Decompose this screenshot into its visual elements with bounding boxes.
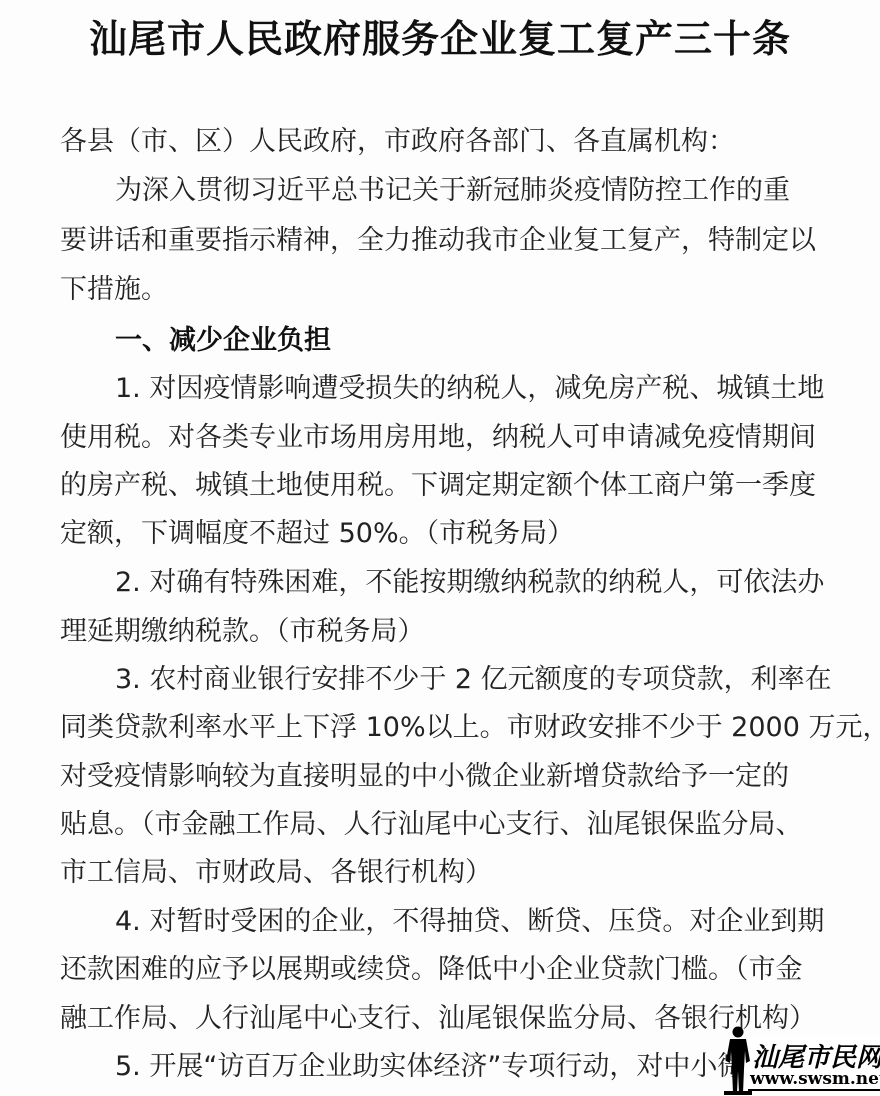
paragraph-line: 融工作局、人行汕尾中心支行、汕尾银保监分局、各银行机构） bbox=[60, 1003, 816, 1035]
document-page: 汕尾市人民政府服务企业复工复产三十条 各县（市、区）人民政府，市政府各部门、各直… bbox=[0, 0, 880, 1096]
site-watermark: 汕尾市民网 www.swsm.net bbox=[718, 1025, 878, 1095]
paragraph-line: 同类贷款利率水平上下浮 10%以上。市财政安排不少于 2000 万元， bbox=[60, 712, 880, 744]
document-title: 汕尾市人民政府服务企业复工复产三十条 bbox=[0, 8, 880, 63]
paragraph-line: 贴息。（市金融工作局、人行汕尾中心支行、汕尾银保监分局、 bbox=[60, 809, 803, 841]
paragraph-line: 下措施。 bbox=[60, 274, 168, 306]
paragraph-line: 各县（市、区）人民政府，市政府各部门、各直属机构： bbox=[60, 126, 735, 158]
paragraph-line: 使用税。对各类专业市场用房用地，纳税人可申请减免疫情期间 bbox=[60, 422, 816, 454]
section-heading: 一、减少企业负担 bbox=[115, 325, 331, 357]
paragraph-line: 定额，下调幅度不超过 50%。（市税务局） bbox=[60, 518, 574, 550]
paragraph-line: 3. 农村商业银行安排不少于 2 亿元额度的专项贷款，利率在 bbox=[115, 664, 832, 696]
paragraph-line: 对受疫情影响较为直接明显的中小微企业新增贷款给予一定的 bbox=[60, 761, 789, 793]
paragraph-line: 5. 开展“访百万企业助实体经济”专项行动，对中小微 bbox=[115, 1051, 744, 1083]
paragraph-line: 要讲话和重要指示精神，全力推动我市企业复工复产，特制定以 bbox=[60, 225, 816, 257]
paragraph-line: 1. 对因疫情影响遭受损失的纳税人，减免房产税、城镇土地 bbox=[115, 373, 824, 405]
paragraph-line: 4. 对暂时受困的企业，不得抽贷、断贷、压贷。对企业到期 bbox=[115, 906, 824, 938]
paragraph-line: 2. 对确有特殊困难，不能按期缴纳税款的纳税人，可依法办 bbox=[115, 567, 824, 599]
paragraph-line: 还款困难的应予以展期或续贷。降低中小企业贷款门槛。（市金 bbox=[60, 954, 803, 986]
paragraph-line: 理延期缴纳税款。（市税务局） bbox=[60, 616, 425, 648]
watermark-url: www.swsm.net bbox=[748, 1069, 880, 1091]
paragraph-line: 为深入贯彻习近平总书记关于新冠肺炎疫情防控工作的重 bbox=[115, 175, 790, 207]
paragraph-line: 的房产税、城镇土地使用税。下调定期定额个体工商户第一季度 bbox=[60, 470, 816, 502]
paragraph-line: 市工信局、市财政局、各银行机构） bbox=[60, 857, 492, 889]
